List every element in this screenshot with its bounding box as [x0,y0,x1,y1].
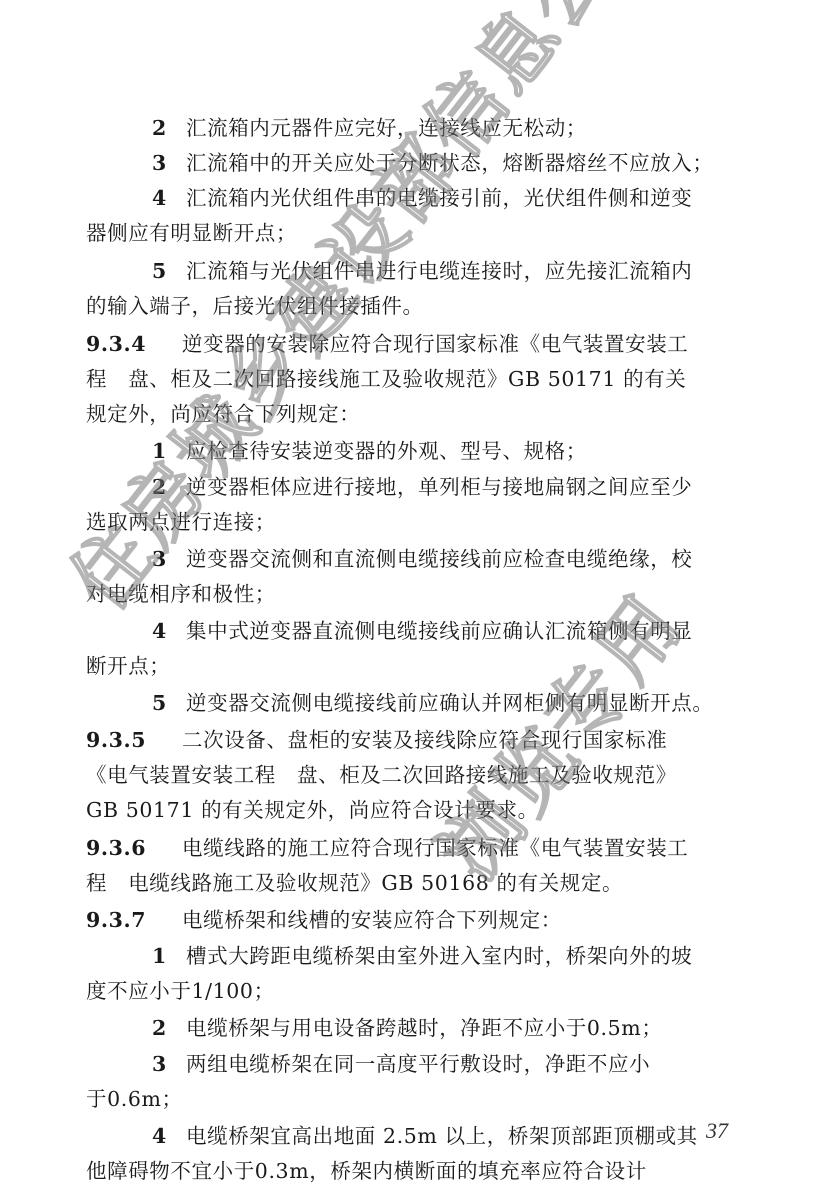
line-text: 规定外，尚应符合下列规定： [86,402,360,426]
text-line: 2电缆桥架与用电设备跨越时，净距不应小于0.5m； [152,1013,662,1043]
line-text: 程 盘、柜及二次回路接线施工及验收规范》GB 50171 的有关 [86,367,686,391]
item-number: 3 [152,1049,186,1079]
item-number: 5 [152,256,186,286]
item-number: 5 [152,688,186,718]
text-line: 2汇流箱内元器件应完好，连接线应无松动； [152,113,587,143]
text-line: 选取两点进行连接； [86,507,276,537]
clause-number: 9.3.4 [86,329,182,359]
text-line: 4集中式逆变器直流侧电缆接线前应确认汇流箱侧有明显 [152,616,692,646]
item-number: 2 [152,472,186,502]
clause-number: 9.3.6 [86,833,182,863]
line-text: 逆变器柜体应进行接地，单列柜与接地扁钢之间应至少 [186,475,692,499]
line-text: 电缆桥架和线槽的安装应符合下列规定： [182,908,562,932]
line-text: 电缆桥架与用电设备跨越时，净距不应小于0.5m； [186,1016,662,1040]
item-number: 1 [152,436,186,466]
item-number: 4 [152,1121,186,1151]
text-line: 4电缆桥架宜高出地面 2.5m 以上，桥架顶部距顶棚或其 [152,1121,698,1151]
item-number: 4 [152,616,186,646]
text-line: 3两组电缆桥架在同一高度平行敷设时，净距不应小 [152,1049,650,1079]
item-number: 3 [152,544,186,574]
line-text: 汇流箱中的开关应处于分断状态，熔断器熔丝不应放入； [186,151,714,175]
text-line: 9.3.7电缆桥架和线槽的安装应符合下列规定： [86,905,562,935]
item-number: 1 [152,941,186,971]
line-text: 逆变器的安装除应符合现行国家标准《电气装置安装工 [182,332,688,356]
text-line: 9.3.4逆变器的安装除应符合现行国家标准《电气装置安装工 [86,329,688,359]
text-line: 他障碍物不宜小于0.3m，桥架内横断面的填充率应符合设计 [86,1156,647,1186]
clause-number: 9.3.5 [86,725,182,755]
text-line: 程 电缆线路施工及验收规范》GB 50168 的有关规定。 [86,868,623,898]
text-line: 3逆变器交流侧和直流侧电缆接线前应检查电缆绝缘，校 [152,544,692,574]
text-line: 3汇流箱中的开关应处于分断状态，熔断器熔丝不应放入； [152,148,714,178]
line-text: 汇流箱内元器件应完好，连接线应无松动； [186,116,587,140]
line-text: GB 50171 的有关规定外，尚应符合设计要求。 [86,798,539,822]
text-line: 5逆变器交流侧电缆接线前应确认并网柜侧有明显断开点。 [152,688,714,718]
text-line: 规定外，尚应符合下列规定： [86,399,360,429]
line-text: 逆变器交流侧电缆接线前应确认并网柜侧有明显断开点。 [186,691,714,715]
line-text: 于0.6m； [86,1087,183,1111]
line-text: 槽式大跨距电缆桥架由室外进入室内时，桥架向外的坡 [186,944,692,968]
text-line: GB 50171 的有关规定外，尚应符合设计要求。 [86,795,539,825]
line-text: 二次设备、盘柜的安装及接线除应符合现行国家标准 [182,728,667,752]
text-line: 度不应小于1/100； [86,976,275,1006]
line-text: 应检查待安装逆变器的外观、型号、规格； [186,439,587,463]
text-line: 《电气装置安装工程 盘、柜及二次回路接线施工及验收规范》 [86,760,677,790]
text-line: 器侧应有明显断开点； [86,218,297,248]
page-number: 37 [706,1118,728,1144]
line-text: 断开点； [86,654,170,678]
text-line: 于0.6m； [86,1084,183,1114]
text-line: 断开点； [86,651,170,681]
line-text: 他障碍物不宜小于0.3m，桥架内横断面的填充率应符合设计 [86,1159,647,1183]
line-text: 的输入端子，后接光伏组件接插件。 [86,294,424,318]
document-page: 2汇流箱内元器件应完好，连接线应无松动；3汇流箱中的开关应处于分断状态，熔断器熔… [0,0,828,1198]
line-text: 电缆线路的施工应符合现行国家标准《电气装置安装工 [182,836,688,860]
item-number: 2 [152,113,186,143]
text-line: 1应检查待安装逆变器的外观、型号、规格； [152,436,587,466]
line-text: 《电气装置安装工程 盘、柜及二次回路接线施工及验收规范》 [86,763,677,787]
item-number: 4 [152,183,186,213]
clause-number: 9.3.7 [86,905,182,935]
line-text: 汇流箱内光伏组件串的电缆接引前，光伏组件侧和逆变 [186,186,692,210]
line-text: 对电缆相序和极性； [86,582,276,606]
text-line: 9.3.6电缆线路的施工应符合现行国家标准《电气装置安装工 [86,833,688,863]
item-number: 2 [152,1013,186,1043]
item-number: 3 [152,148,186,178]
text-line: 9.3.5二次设备、盘柜的安装及接线除应符合现行国家标准 [86,725,667,755]
line-text: 器侧应有明显断开点； [86,221,297,245]
line-text: 两组电缆桥架在同一高度平行敷设时，净距不应小 [186,1052,650,1076]
line-text: 度不应小于1/100； [86,979,275,1003]
line-text: 选取两点进行连接； [86,510,276,534]
line-text: 电缆桥架宜高出地面 2.5m 以上，桥架顶部距顶棚或其 [186,1124,698,1148]
line-text: 集中式逆变器直流侧电缆接线前应确认汇流箱侧有明显 [186,619,692,643]
text-line: 的输入端子，后接光伏组件接插件。 [86,291,424,321]
line-text: 程 电缆线路施工及验收规范》GB 50168 的有关规定。 [86,871,623,895]
text-line: 1槽式大跨距电缆桥架由室外进入室内时，桥架向外的坡 [152,941,692,971]
text-line: 2逆变器柜体应进行接地，单列柜与接地扁钢之间应至少 [152,472,692,502]
text-line: 对电缆相序和极性； [86,579,276,609]
line-text: 逆变器交流侧和直流侧电缆接线前应检查电缆绝缘，校 [186,547,692,571]
text-line: 程 盘、柜及二次回路接线施工及验收规范》GB 50171 的有关 [86,364,686,394]
text-line: 4汇流箱内光伏组件串的电缆接引前，光伏组件侧和逆变 [152,183,692,213]
line-text: 汇流箱与光伏组件串进行电缆连接时，应先接汇流箱内 [186,259,692,283]
text-line: 5汇流箱与光伏组件串进行电缆连接时，应先接汇流箱内 [152,256,692,286]
